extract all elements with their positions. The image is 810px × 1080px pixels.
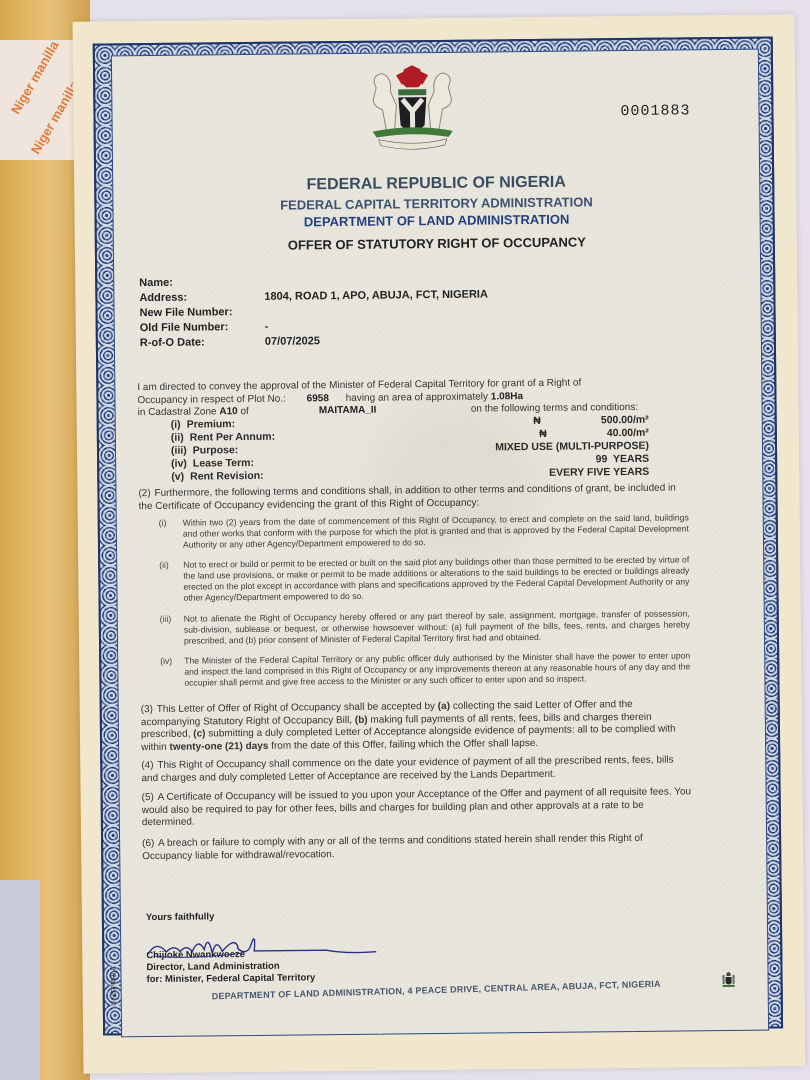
coat-of-arms-icon [352, 65, 473, 156]
clause-2-ii: (ii)Not to erect or build or permit to b… [159, 554, 689, 604]
clause-2-iii: (iii)Not to alienate the Right of Occupa… [160, 608, 690, 647]
signature-icon [146, 932, 386, 965]
signatory-for: for: Minister, Federal Capital Territory [146, 972, 315, 986]
clause-6: (6)A breach or failure to comply with an… [142, 832, 692, 863]
plot-area: 1.08Ha [491, 391, 523, 402]
clause-3: (3)This Letter of Offer of Right of Occu… [141, 698, 691, 754]
acceptance-deadline: twenty-one (21) days [169, 740, 268, 752]
applicant-fields: Name: Address:1804, ROAD 1, APO, ABUJA, … [139, 272, 488, 351]
background-object [0, 880, 40, 1080]
terms-list: (i)Premium:₦500.00/m² (ii)Rent Per Annum… [171, 413, 650, 483]
printer-mark: © NSPMPLC [110, 965, 117, 1006]
document-title: OFFER OF STATUTORY RIGHT OF OCCUPANCY [114, 233, 760, 255]
certificate-paper: 0001883 FEDERAL REPUBLIC OF NIGERIA FEDE… [73, 14, 806, 1074]
certificate-body: 0001883 FEDERAL REPUBLIC OF NIGERIA FEDE… [111, 49, 769, 1038]
clause-4: (4)This Right of Occupancy shall commenc… [141, 754, 691, 785]
envelope-label: Niger manilla Niger manilla [0, 40, 74, 160]
clause-2: (2)Furthermore, the following terms and … [138, 482, 688, 513]
clause-2-i: (i)Within two (2) years from the date of… [159, 512, 689, 551]
serial-number: 0001883 [620, 102, 690, 120]
clause-2-iv: (iv)The Minister of the Federal Capital … [160, 650, 690, 689]
plot-number: 6958 [307, 393, 329, 404]
small-crest-icon [721, 972, 735, 988]
clause-5: (5)A Certificate of Occupancy will be is… [142, 786, 692, 829]
field-rofo-date: R-of-O Date:07/07/2025 [140, 332, 489, 351]
